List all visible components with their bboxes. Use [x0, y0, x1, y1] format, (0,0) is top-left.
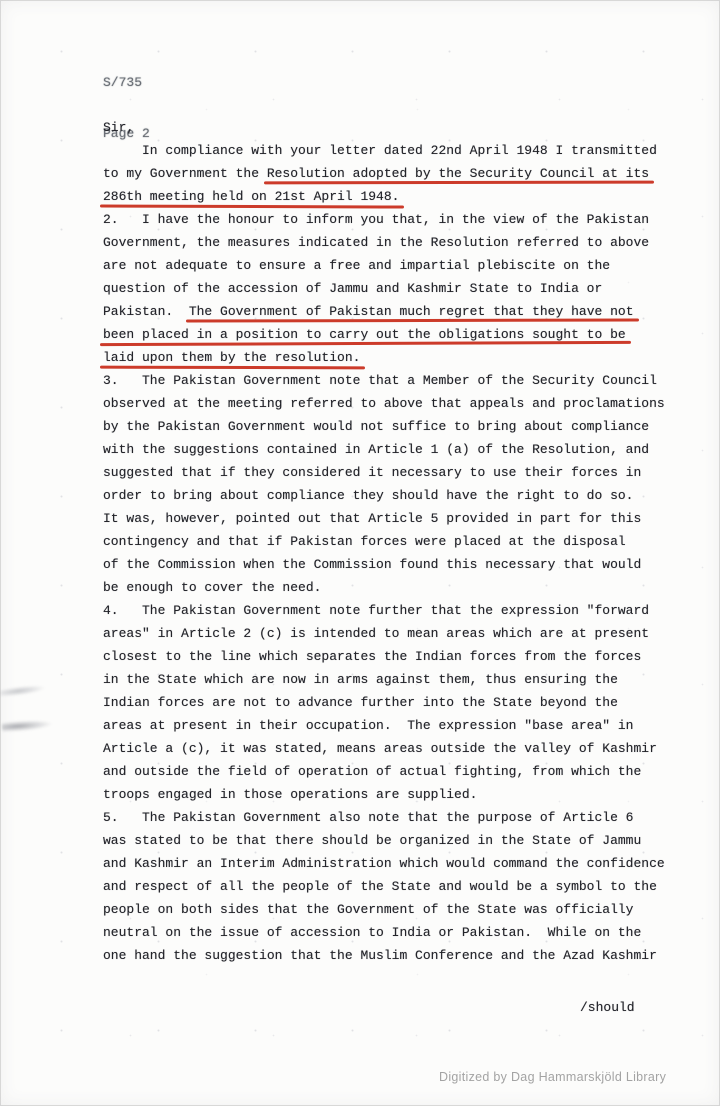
document-line: areas at present in their occupation. Th… [103, 714, 683, 737]
document-line: Pakistan. The Government of Pakistan muc… [103, 300, 683, 323]
document-line: and respect of all the people of the Sta… [103, 875, 683, 898]
text-segment: In compliance with your letter dated 22n… [103, 143, 657, 158]
text-segment: observed at the meeting referred to abov… [103, 396, 665, 411]
text-segment: to my Government the [103, 166, 267, 181]
document-line: question of the accession of Jammu and K… [103, 277, 683, 300]
text-segment: neutral on the issue of accession to Ind… [103, 925, 641, 940]
text-segment: 4. The Pakistan Government note further … [103, 603, 649, 618]
text-segment: people on both sides that the Government… [103, 902, 634, 917]
text-segment: question of the accession of Jammu and K… [103, 281, 602, 296]
text-segment: in the State which are now in arms again… [103, 672, 618, 687]
text-segment: and Kashmir an Interim Administration wh… [103, 856, 665, 871]
document-line: 5. The Pakistan Government also note tha… [103, 806, 683, 829]
document-line: areas" in Article 2 (c) is intended to m… [103, 622, 683, 645]
document-line: contingency and that if Pakistan forces … [103, 530, 683, 553]
document-line: Indian forces are not to advance further… [103, 691, 683, 714]
text-segment: areas" in Article 2 (c) is intended to m… [103, 626, 649, 641]
document-line: and outside the field of operation of ac… [103, 760, 683, 783]
text-segment: was stated to be that there should be or… [103, 833, 641, 848]
document-line: are not adequate to ensure a free and im… [103, 254, 683, 277]
document-line: In compliance with your letter dated 22n… [103, 139, 683, 162]
document-line: one hand the suggestion that the Muslim … [103, 944, 683, 967]
text-segment: Pakistan. [103, 304, 189, 319]
document-line: suggested that if they considered it nec… [103, 461, 683, 484]
document-line: 2. I have the honour to inform you that,… [103, 208, 683, 231]
document-line: Sir, [103, 116, 683, 139]
document-line: neutral on the issue of accession to Ind… [103, 921, 683, 944]
text-segment: and respect of all the people of the Sta… [103, 879, 657, 894]
red-underlined-text: laid upon them by the resolution. [103, 350, 360, 365]
text-segment: and outside the field of operation of ac… [103, 764, 641, 779]
document-line: troops engaged in those operations are s… [103, 783, 683, 806]
text-segment: Sir, [103, 120, 134, 135]
document-line: Article a (c), it was stated, means area… [103, 737, 683, 760]
text-segment: closest to the line which separates the … [103, 649, 641, 664]
text-segment: are not adequate to ensure a free and im… [103, 258, 610, 273]
text-segment: Article a (c), it was stated, means area… [103, 741, 657, 756]
document-line: and Kashmir an Interim Administration wh… [103, 852, 683, 875]
document-symbol: S/735 [103, 74, 150, 91]
document-line: It was, however, pointed out that Articl… [103, 507, 683, 530]
document-line: 4. The Pakistan Government note further … [103, 599, 683, 622]
library-watermark: Digitized by Dag Hammarskjöld Library [439, 1070, 666, 1084]
red-underlined-text: been placed in a position to carry out t… [103, 327, 626, 342]
document-line: Government, the measures indicated in th… [103, 231, 683, 254]
document-line: be enough to cover the need. [103, 576, 683, 599]
document-line: observed at the meeting referred to abov… [103, 392, 683, 415]
text-segment: 2. I have the honour to inform you that,… [103, 212, 649, 227]
text-segment: troops engaged in those operations are s… [103, 787, 477, 802]
text-segment: contingency and that if Pakistan forces … [103, 534, 626, 549]
document-line: laid upon them by the resolution. [103, 346, 683, 369]
text-segment: areas at present in their occupation. Th… [103, 718, 634, 733]
text-segment: 3. The Pakistan Government note that a M… [103, 373, 657, 388]
red-underlined-text: Resolution adopted by the Security Counc… [267, 166, 649, 181]
text-segment: by the Pakistan Government would not suf… [103, 419, 649, 434]
red-underlined-text: The Government of Pakistan much regret t… [189, 304, 634, 319]
scanned-document-page: S/735 Page 2 Sir, In compliance with you… [0, 0, 720, 1106]
text-segment: Indian forces are not to advance further… [103, 695, 618, 710]
text-segment: one hand the suggestion that the Muslim … [103, 948, 657, 963]
text-segment: of the Commission when the Commission fo… [103, 557, 641, 572]
document-line: to my Government the Resolution adopted … [103, 162, 683, 185]
text-segment: order to bring about compliance they sho… [103, 488, 634, 503]
text-segment: be enough to cover the need. [103, 580, 321, 595]
document-line: order to bring about compliance they sho… [103, 484, 683, 507]
text-segment: suggested that if they considered it nec… [103, 465, 641, 480]
document-line: 286th meeting held on 21st April 1948. [103, 185, 683, 208]
document-line: 3. The Pakistan Government note that a M… [103, 369, 683, 392]
text-segment: Government, the measures indicated in th… [103, 235, 649, 250]
document-line: people on both sides that the Government… [103, 898, 683, 921]
document-line: in the State which are now in arms again… [103, 668, 683, 691]
document-line: was stated to be that there should be or… [103, 829, 683, 852]
document-line: by the Pakistan Government would not suf… [103, 415, 683, 438]
document-line: closest to the line which separates the … [103, 645, 683, 668]
document-line: of the Commission when the Commission fo… [103, 553, 683, 576]
text-segment: with the suggestions contained in Articl… [103, 442, 649, 457]
scan-smudge [2, 718, 55, 733]
catchword: /should [580, 1000, 635, 1015]
scan-smudge [0, 683, 46, 698]
document-body: Sir, In compliance with your letter date… [103, 116, 683, 967]
document-line: been placed in a position to carry out t… [103, 323, 683, 346]
text-segment: 5. The Pakistan Government also note tha… [103, 810, 634, 825]
red-underlined-text: 286th meeting held on 21st April 1948. [103, 189, 399, 204]
document-line: with the suggestions contained in Articl… [103, 438, 683, 461]
text-segment: It was, however, pointed out that Articl… [103, 511, 641, 526]
